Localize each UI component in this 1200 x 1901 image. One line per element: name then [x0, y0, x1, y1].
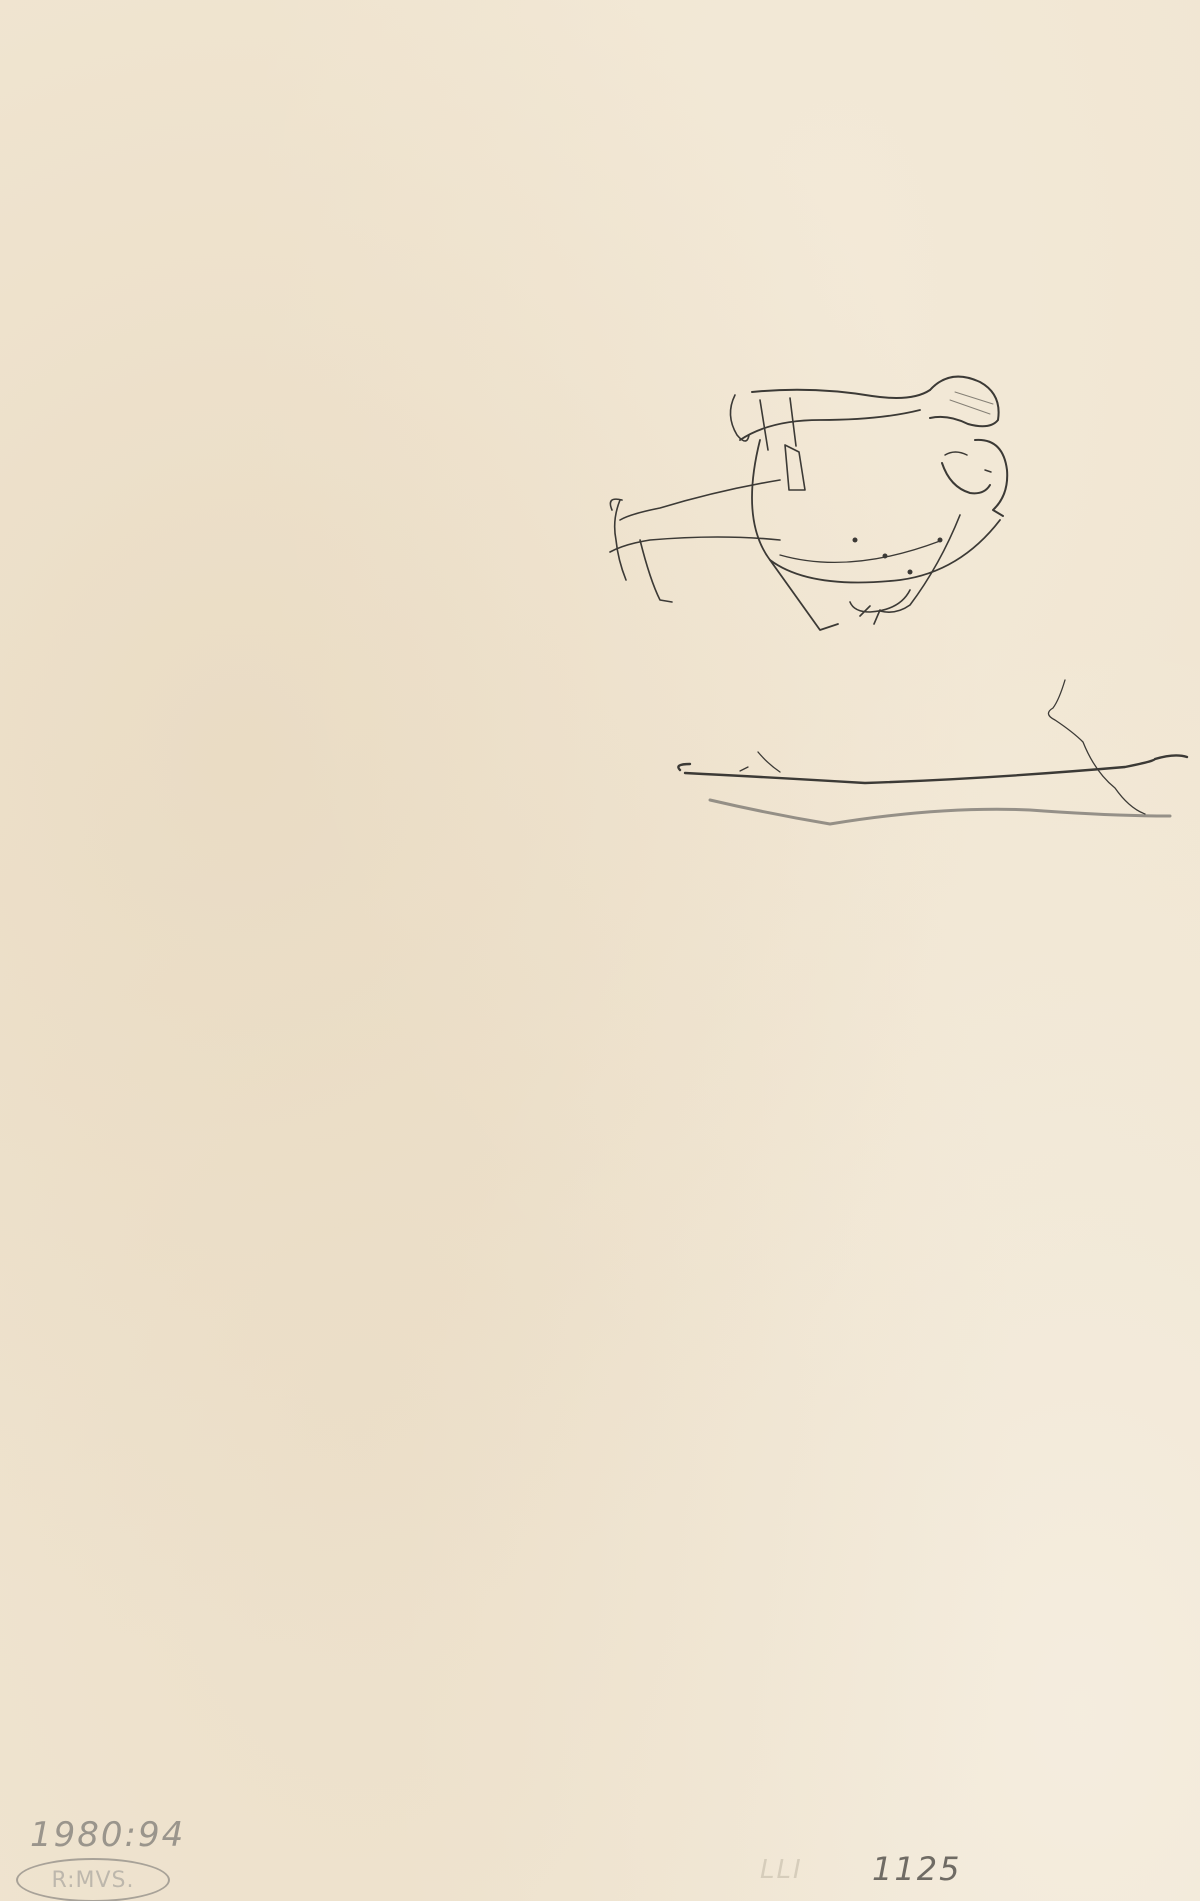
collection-stamp: R:MVS. [16, 1858, 170, 1901]
inventory-number: 1125 [872, 1850, 961, 1888]
drawing-sheet: 1980:94 R:MVS. LLI 1125 [0, 0, 1200, 1901]
faint-marks: LLI [760, 1855, 803, 1885]
accession-number: 1980:94 [30, 1815, 185, 1855]
figure-sketch [0, 0, 1200, 1901]
